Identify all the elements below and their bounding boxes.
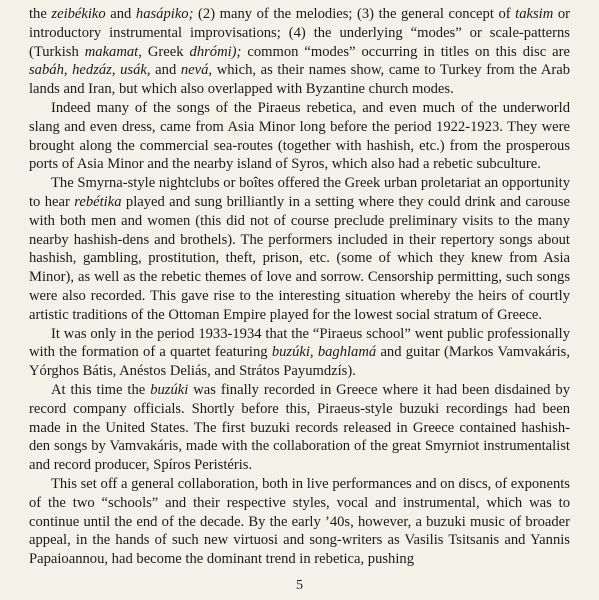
- italic-term: buzúki: [150, 382, 188, 398]
- paragraph: Indeed many of the songs of the Piraeus …: [29, 99, 570, 174]
- paragraph: This set off a general collaboration, bo…: [29, 475, 570, 569]
- text-run: and: [151, 62, 181, 78]
- italic-term: taksim: [515, 6, 553, 22]
- text-run: , Greek: [138, 44, 189, 60]
- italic-term: zeibékiko: [51, 6, 105, 22]
- text-run: the: [29, 6, 51, 22]
- paragraph: It was only in the period 1933-1934 that…: [29, 325, 570, 381]
- paragraph: The Smyrna-style nightclubs or boîtes of…: [29, 174, 570, 324]
- italic-term: makamat: [85, 44, 139, 60]
- text-run: (2) many of the melodies; (3) the genera…: [193, 6, 515, 22]
- paragraph: At this time the buzúki was finally reco…: [29, 381, 570, 475]
- italic-term: nevá,: [181, 62, 212, 78]
- italic-term: dhrómi);: [190, 44, 242, 60]
- text-run: common “modes” occurring in titles on th…: [241, 44, 570, 60]
- text-run: played and sung brilliantly in a setting…: [29, 194, 570, 323]
- italic-term: rebétika: [74, 194, 121, 210]
- body-text: the zeibékiko and hasápiko; (2) many of …: [29, 5, 570, 569]
- text-run: Indeed many of the songs of the Piraeus …: [29, 100, 570, 172]
- document-page: the zeibékiko and hasápiko; (2) many of …: [0, 0, 599, 600]
- paragraph: the zeibékiko and hasápiko; (2) many of …: [29, 5, 570, 99]
- text-run: At this time the: [51, 382, 150, 398]
- page-number: 5: [0, 578, 599, 594]
- italic-term: buzúki, baghlamá: [272, 344, 376, 360]
- text-run: and: [106, 6, 136, 22]
- text-run: This set off a general collaboration, bo…: [29, 476, 570, 567]
- italic-term: hasápiko;: [136, 6, 194, 22]
- italic-term: sabáh, hedzáz, usák,: [29, 62, 151, 78]
